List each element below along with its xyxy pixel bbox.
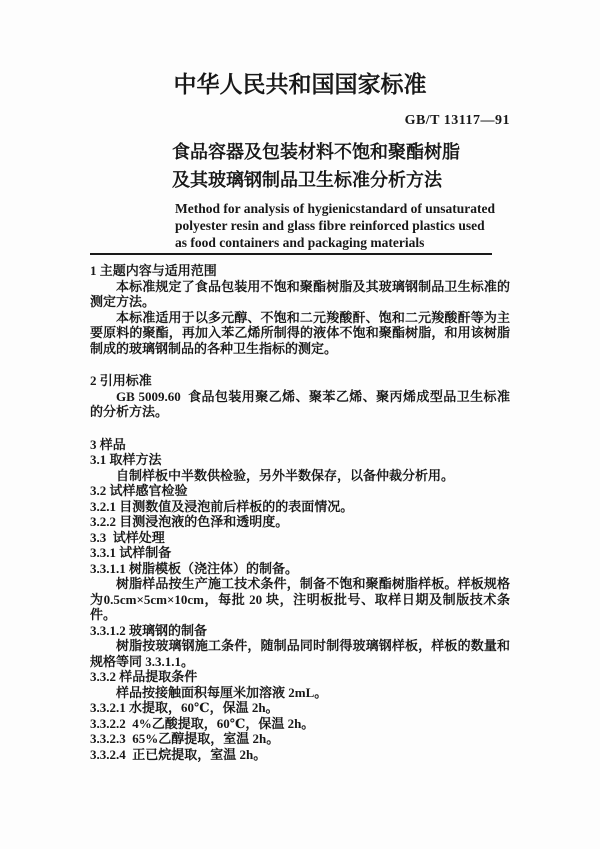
clause-heading-3-3-1: 3.3.1 试样制备: [90, 545, 510, 561]
paragraph: 样品按接触面积每厘米加溶液 2mL。: [90, 685, 510, 701]
paragraph: 树脂按玻璃钢施工条件，随制品同时制得玻璃钢样板，样板的数量和规格等同 3.3.1…: [90, 638, 510, 669]
clause-heading-3-3: 3.3 试样处理: [90, 530, 510, 546]
paragraph: 自制样板中半数供检验，另外半数保存，以备仲裁分析用。: [90, 468, 510, 484]
clause-line-3-3-2-2: 3.3.2.2 4%乙酸提取，60℃，保温 2h。: [90, 716, 510, 732]
subtitle-en-line-3: as food containers and packaging materia…: [175, 234, 510, 251]
subtitle-cn: 食品容器及包装材料不饱和聚酯树脂 及其玻璃钢制品卫生标准分析方法: [172, 138, 510, 194]
subtitle-en-line-1: Method for analysis of hygienicstandard …: [175, 200, 510, 217]
paragraph: 本标准规定了食品包装用不饱和聚酯树脂及其玻璃钢制品卫生标准的测定方法。: [90, 279, 510, 310]
clause-line-3-2-1: 3.2.1 目测数值及浸泡前后样板的的表面情况。: [90, 499, 510, 515]
document-page: 中华人民共和国国家标准 GB/T 13117—91 食品容器及包装材料不饱和聚酯…: [0, 0, 600, 849]
standard-number: GB/T 13117—91: [90, 113, 510, 128]
section-heading-2: 2 引用标准: [90, 373, 510, 389]
clause-line-3-3-2-1: 3.3.2.1 水提取，60℃，保温 2h。: [90, 700, 510, 716]
page-title: 中华人民共和国国家标准: [90, 72, 510, 98]
clause-line-3-3-2-3: 3.3.2.3 65%乙醇提取，室温 2h。: [90, 731, 510, 747]
paragraph: GB 5009.60 食品包装用聚乙烯、聚苯乙烯、聚丙烯成型品卫生标准的分析方法…: [90, 389, 510, 420]
subtitle-en-line-2: polyester resin and glass fibre reinforc…: [175, 217, 510, 234]
clause-heading-3-3-2: 3.3.2 样品提取条件: [90, 669, 510, 685]
section-heading-3: 3 样品: [90, 437, 510, 453]
page-content: 中华人民共和国国家标准 GB/T 13117—91 食品容器及包装材料不饱和聚酯…: [0, 72, 600, 762]
clause-line-3-3-2-4: 3.3.2.4 正已烷提取，室温 2h。: [90, 747, 510, 763]
clause-line-3-3-1-2: 3.3.1.2 玻璃钢的制备: [90, 623, 510, 639]
paragraph: 本标准适用于以多元醇、不饱和二元羧酸酐、饱和二元羧酸酐等为主要原料的聚酯，再加入…: [90, 310, 510, 357]
paragraph: 树脂样品按生产施工技术条件，制备不饱和聚酯树脂样板。样板规格为0.5cm×5cm…: [90, 576, 510, 623]
subtitle-cn-line-2: 及其玻璃钢制品卫生标准分析方法: [172, 166, 510, 194]
clause-heading-3-2: 3.2 试样感官检验: [90, 483, 510, 499]
subtitle-en: Method for analysis of hygienicstandard …: [175, 200, 510, 251]
clause-line-3-2-2: 3.2.2 目测浸泡液的色泽和透明度。: [90, 514, 510, 530]
clause-heading-3-1: 3.1 取样方法: [90, 452, 510, 468]
section-heading-1: 1 主题内容与适用范围: [90, 263, 510, 279]
title-divider: [90, 253, 492, 255]
subtitle-cn-line-1: 食品容器及包装材料不饱和聚酯树脂: [172, 138, 510, 166]
clause-line-3-3-1-1: 3.3.1.1 树脂模板（浇注体）的制备。: [90, 561, 510, 577]
document-body: 1 主题内容与适用范围 本标准规定了食品包装用不饱和聚酯树脂及其玻璃钢制品卫生标…: [90, 263, 510, 762]
